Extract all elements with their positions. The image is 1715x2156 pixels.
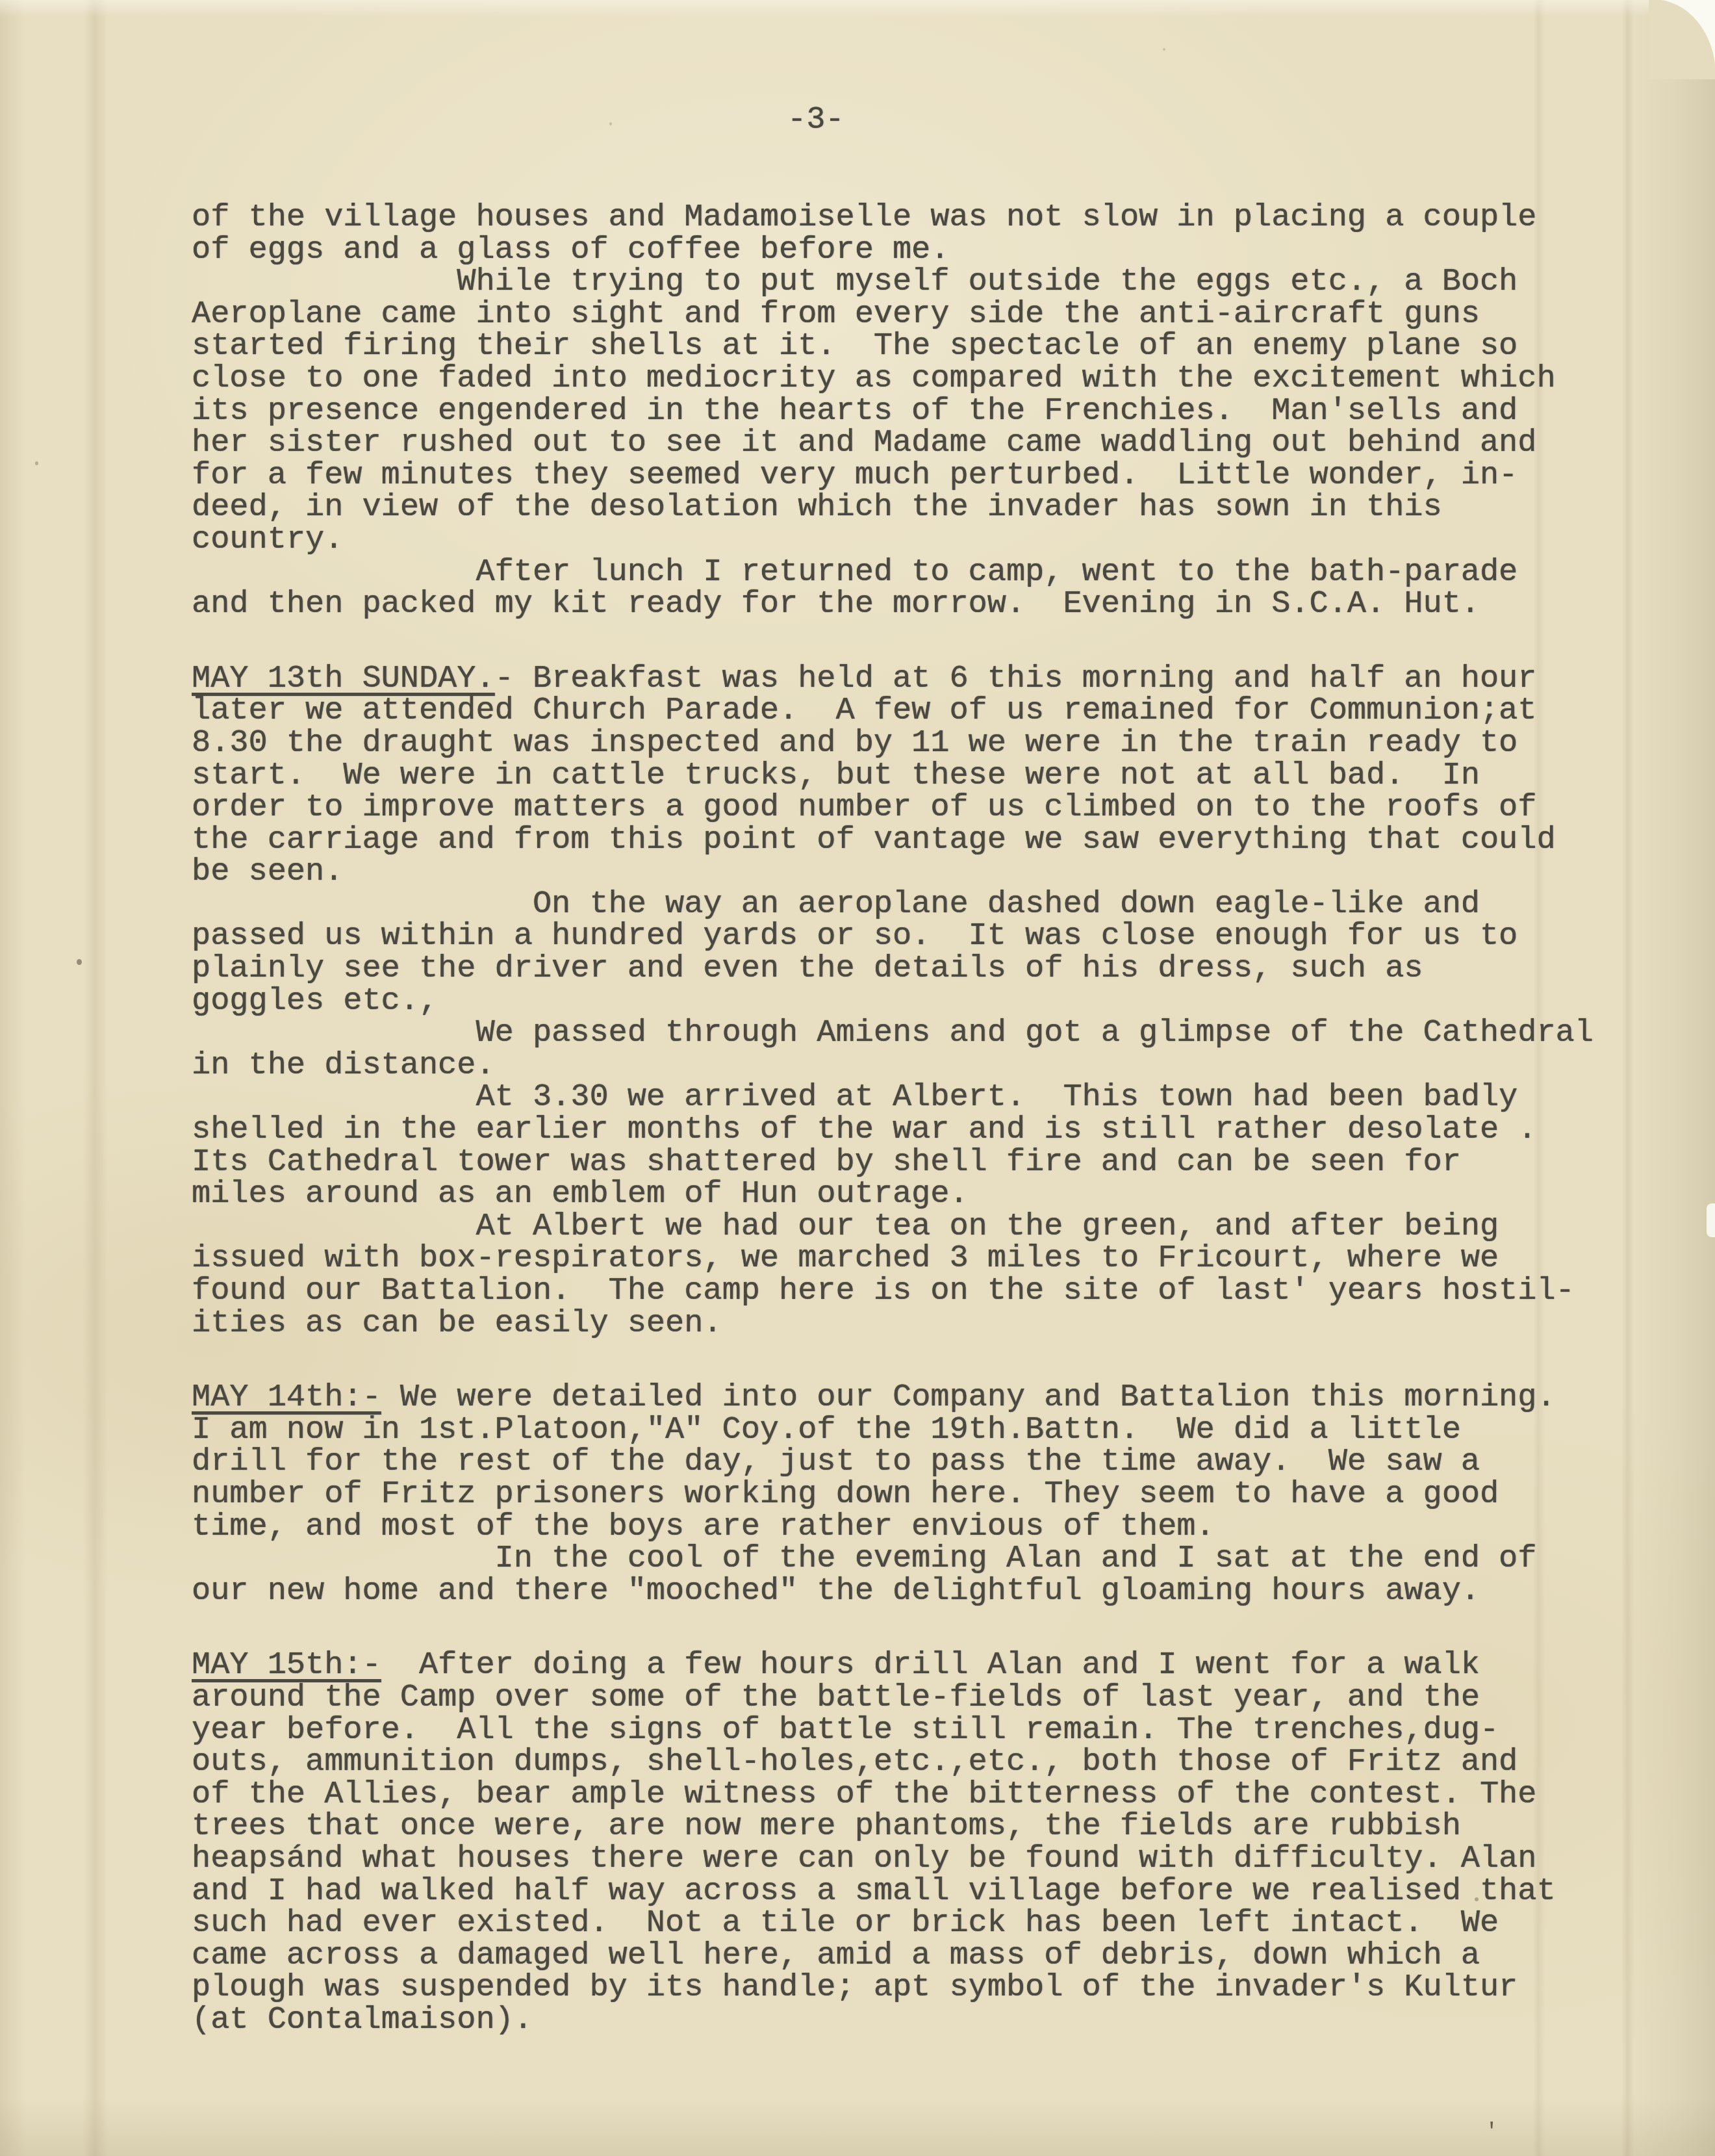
text-line: year before. All the signs of battle sti… <box>192 1714 1627 1747</box>
text-line: At Albert we had our tea on the green, a… <box>192 1211 1627 1243</box>
text-line: our new home and there "mooched" the del… <box>192 1575 1627 1608</box>
paragraph: MAY 13th SUNDAY.- Breakfast was held at … <box>192 663 1627 1339</box>
text-line: issued with box-respirators, we marched … <box>192 1242 1627 1275</box>
heading-line: MAY 13th SUNDAY.- Breakfast was held at … <box>192 663 1627 695</box>
text-line: found our Battalion. The camp here is on… <box>192 1275 1627 1307</box>
text-line: outs, ammunition dumps, shell-holes,etc.… <box>192 1746 1627 1778</box>
text-line: On the way an aeroplane dashed down eagl… <box>192 888 1627 921</box>
text-line: its presence engendered in the hearts of… <box>192 395 1627 428</box>
text-line: close to one faded into mediocrity as co… <box>192 363 1627 395</box>
text-line: passed us within a hundred yards or so. … <box>192 920 1627 953</box>
text-line: We passed through Amiens and got a glimp… <box>192 1017 1627 1049</box>
text-line: deed, in view of the desolation which th… <box>192 491 1627 524</box>
paragraph: of the village houses and Madamoiselle w… <box>192 201 1627 621</box>
text-line: in the distance. <box>192 1049 1627 1082</box>
text-line: drill for the rest of the day, just to p… <box>192 1446 1627 1478</box>
date-heading: MAY 14th:- <box>192 1380 381 1415</box>
ink-speck <box>609 122 612 125</box>
heading-line: MAY 14th:- We were detailed into our Com… <box>192 1381 1627 1414</box>
text-line: shelled in the earlier months of the war… <box>192 1114 1627 1146</box>
text-line: number of Fritz prisoners working down h… <box>192 1478 1627 1511</box>
text-line: While trying to put myself outside the e… <box>192 266 1627 298</box>
text-line: be seen. <box>192 856 1627 888</box>
text-line: came across a damaged well here, amid a … <box>192 1940 1627 1972</box>
text-line: In the cool of the eveming Alan and I sa… <box>192 1543 1627 1575</box>
ink-speck <box>1163 48 1165 51</box>
text-line: of eggs and a glass of coffee before me. <box>192 234 1627 266</box>
text-line: heapsánd what houses there were can only… <box>192 1843 1627 1875</box>
heading-line-rest: After doing a few hours drill Alan and I… <box>381 1647 1480 1683</box>
text-line: goggles etc., <box>192 985 1627 1018</box>
text-line: such had ever existed. Not a tile or bri… <box>192 1907 1627 1940</box>
document-page: -3- of the village houses and Madamoisel… <box>0 0 1715 2156</box>
text-line: of the Allies, bear ample witness of the… <box>192 1778 1627 1811</box>
text-line: ities as can be easily seen. <box>192 1307 1627 1340</box>
text-line: and then packed my kit ready for the mor… <box>192 588 1627 621</box>
text-line: trees that once were, are now mere phant… <box>192 1810 1627 1843</box>
heading-line-rest: We were detailed into our Company and Ba… <box>381 1380 1556 1415</box>
text-line: miles around as an emblem of Hun outrage… <box>192 1178 1627 1211</box>
text-line: Its Cathedral tower was shattered by she… <box>192 1146 1627 1179</box>
text-line: start. We were in cattle trucks, but the… <box>192 760 1627 792</box>
text-line: time, and most of the boys are rather en… <box>192 1511 1627 1543</box>
paper-edge-notch <box>1707 1203 1715 1237</box>
text-line: and I had walked half way across a small… <box>192 1875 1627 1908</box>
ink-speck <box>1475 1897 1479 1901</box>
text-line: around the Camp over some of the battle-… <box>192 1682 1627 1714</box>
heading-line: MAY 15th:- After doing a few hours drill… <box>192 1649 1627 1682</box>
text-line: later we attended Church Parade. A few o… <box>192 695 1627 727</box>
text-line: After lunch I returned to camp, went to … <box>192 556 1627 589</box>
text-line: 8.30 the draught was inspected and by 11… <box>192 727 1627 760</box>
text-line: plough was suspended by its handle; apt … <box>192 1971 1627 2004</box>
text-line: Aeroplane came into sight and from every… <box>192 298 1627 331</box>
text-line: for a few minutes they seemed very much … <box>192 459 1627 492</box>
typewritten-text-body: of the village houses and Madamoiselle w… <box>192 201 1627 2036</box>
text-line: of the village houses and Madamoiselle w… <box>192 201 1627 234</box>
ink-speck <box>35 461 38 465</box>
ink-speck <box>77 959 82 965</box>
text-line: country. <box>192 524 1627 556</box>
text-line: her sister rushed out to see it and Mada… <box>192 427 1627 459</box>
scanner-gap-top-right <box>1650 0 1715 78</box>
text-line: At 3.30 we arrived at Albert. This town … <box>192 1081 1627 1114</box>
stray-ink-mark: ' <box>1485 2120 1498 2144</box>
text-line: started firing their shells at it. The s… <box>192 330 1627 363</box>
text-line: the carriage and from this point of vant… <box>192 824 1627 856</box>
date-heading: MAY 13th SUNDAY. <box>192 661 495 697</box>
text-line: plainly see the driver and even the deta… <box>192 953 1627 985</box>
date-heading: MAY 15th:- <box>192 1647 381 1683</box>
text-line: order to improve matters a good number o… <box>192 791 1627 824</box>
text-line: I am now in 1st.Platoon,"A" Coy.of the 1… <box>192 1414 1627 1446</box>
paragraph: MAY 15th:- After doing a few hours drill… <box>192 1649 1627 2036</box>
page-number: -3- <box>787 104 844 136</box>
paragraph: MAY 14th:- We were detailed into our Com… <box>192 1381 1627 1607</box>
heading-line-rest: - Breakfast was held at 6 this morning a… <box>495 661 1537 697</box>
text-line: (at Contalmaison). <box>192 2004 1627 2036</box>
paper-rounded-corner <box>1649 0 1715 79</box>
